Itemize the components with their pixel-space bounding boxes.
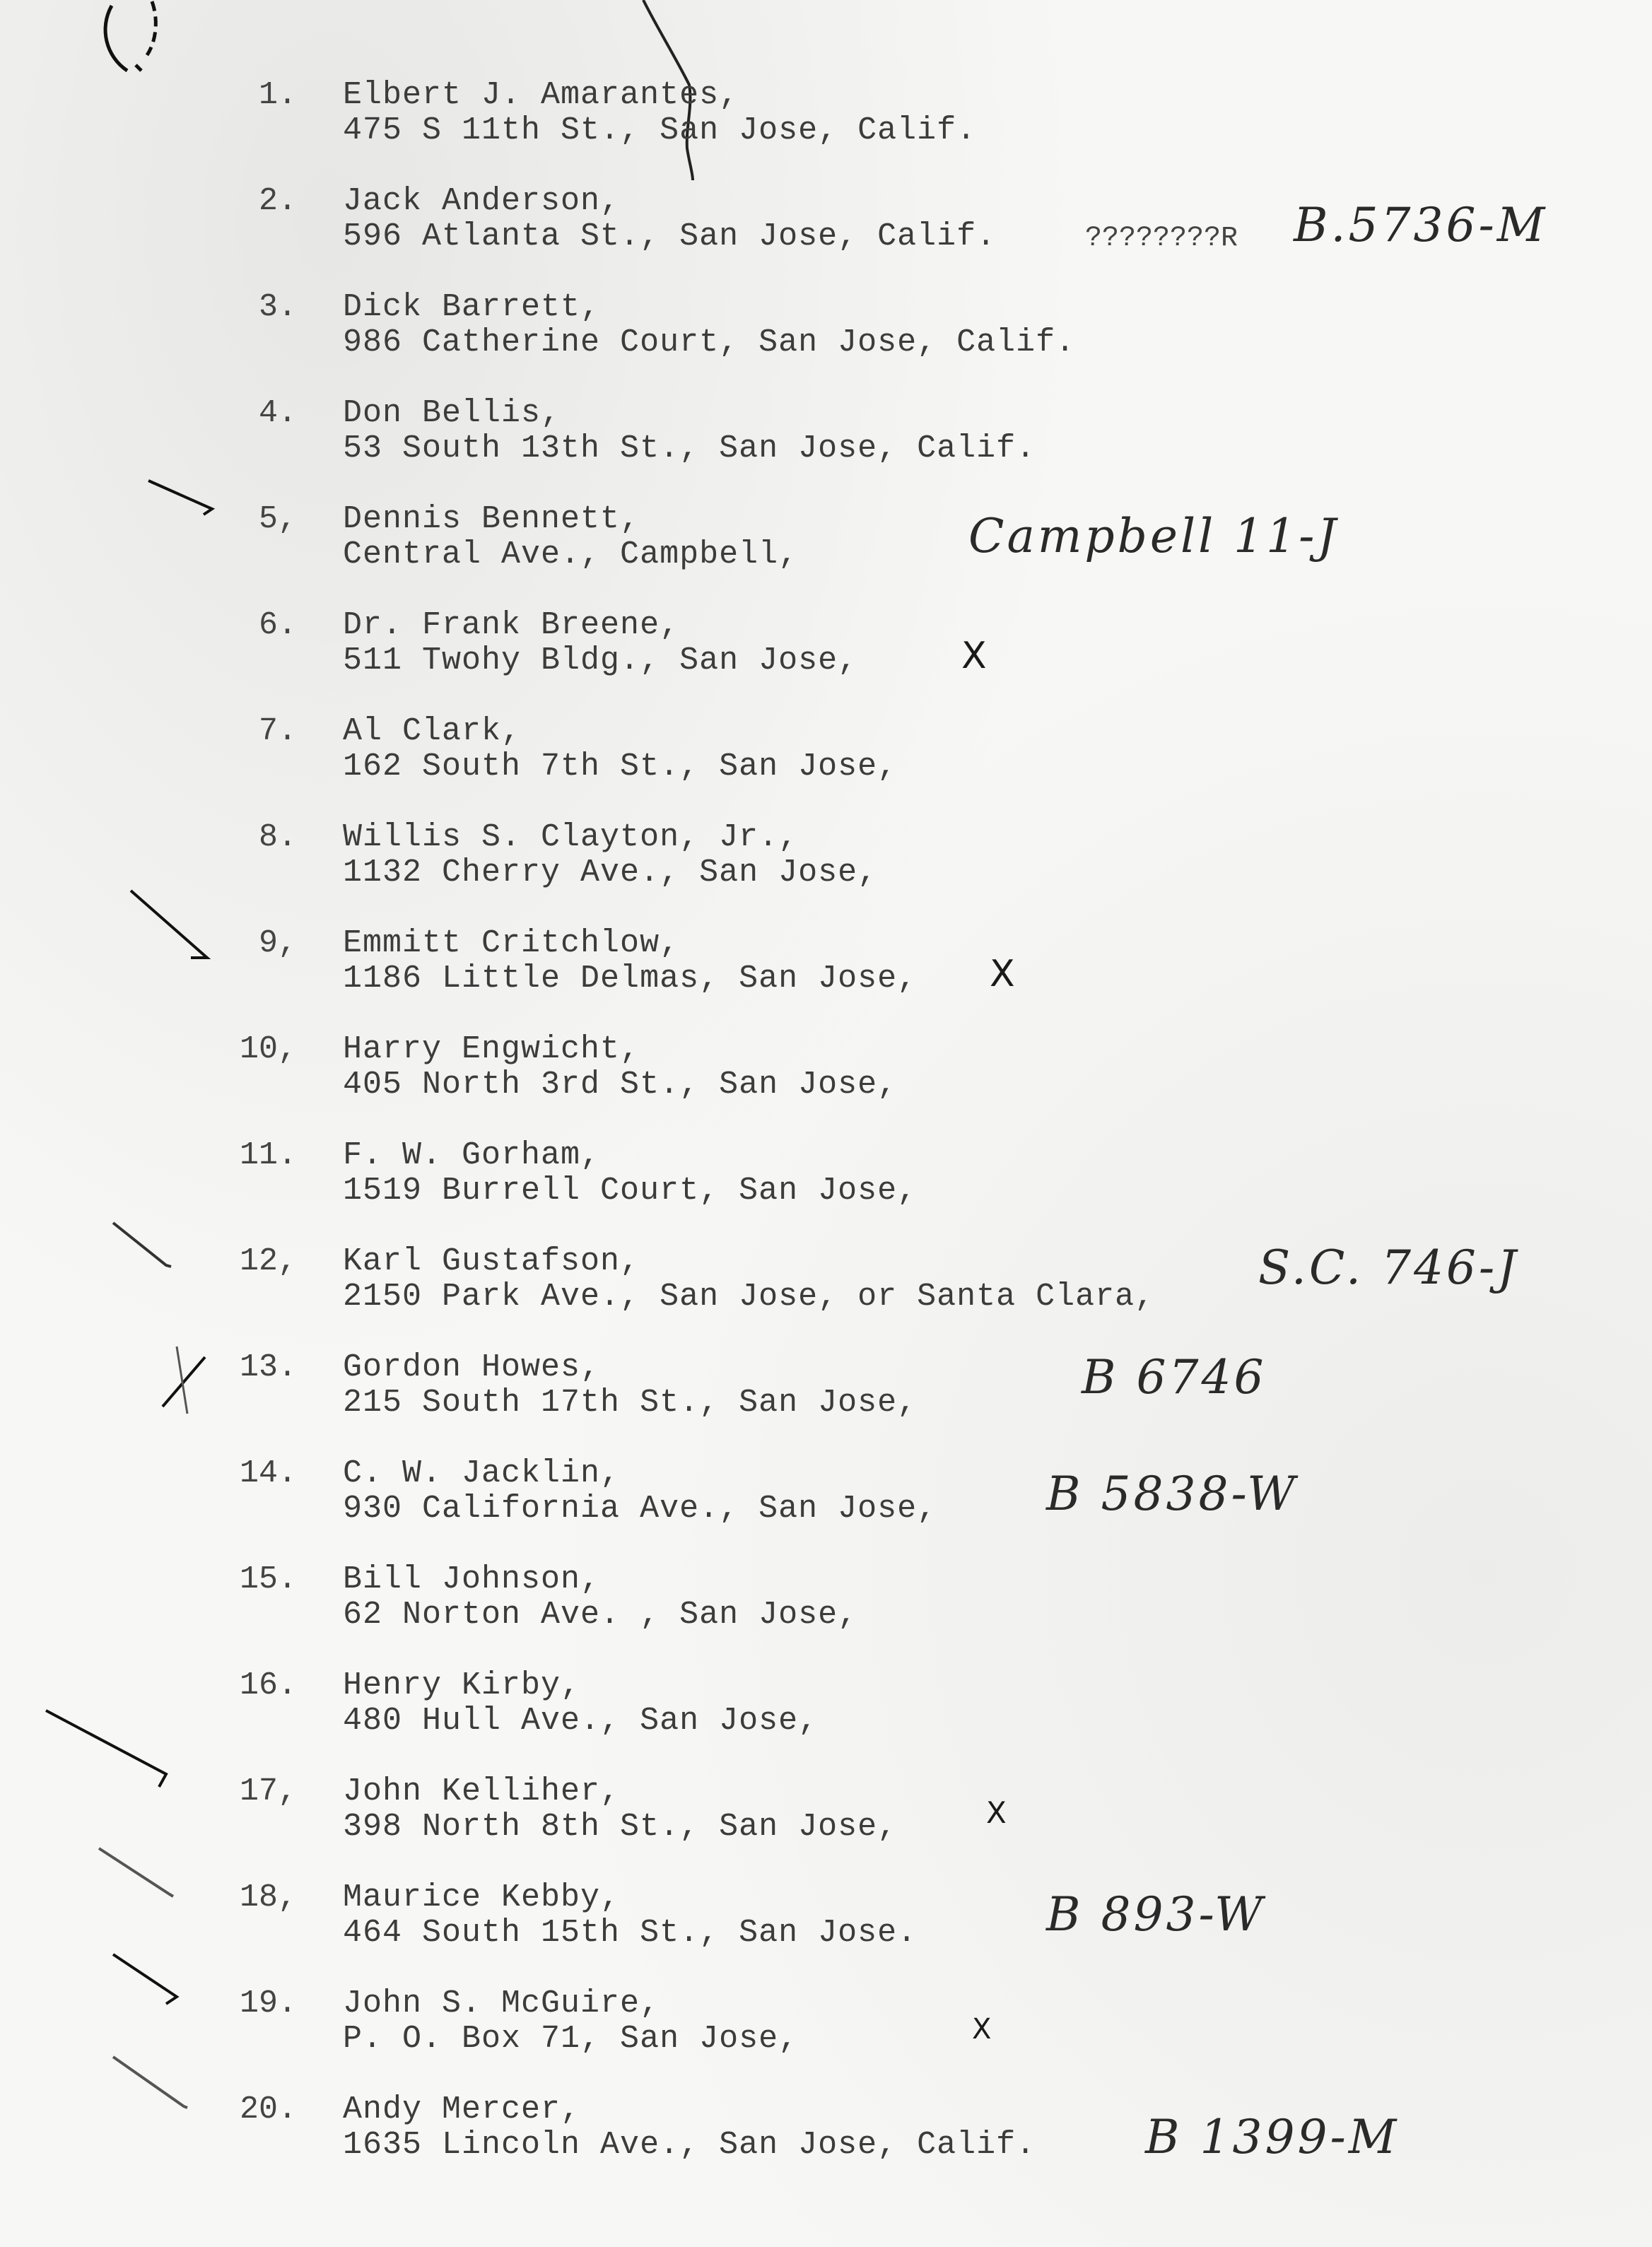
- x-mark-icon: [156, 1343, 219, 1421]
- entry-name: Harry Engwicht,: [343, 1032, 640, 1067]
- entry-number: 9,: [233, 926, 297, 961]
- check-mark-icon: [106, 1216, 191, 1279]
- entry-number: 15.: [233, 1562, 297, 1597]
- x-mark-icon: X: [972, 2013, 991, 2046]
- entry-number: 7.: [233, 714, 297, 749]
- entry-number: 20.: [233, 2092, 297, 2128]
- entry-address: 596 Atlanta St., San Jose, Calif.: [343, 219, 996, 254]
- entry-number: 17,: [233, 1774, 297, 1809]
- handwritten-phone-note: B 5838-W: [1046, 1467, 1298, 1521]
- entry-name: C. W. Jacklin,: [343, 1456, 620, 1491]
- entry-number: 3.: [233, 290, 297, 325]
- list-item: 13. Gordon Howes, 215 South 17th St., Sa…: [0, 1350, 1652, 1435]
- x-mark-icon: X: [961, 635, 987, 677]
- list-item: 19. John S. McGuire, P. O. Box 71, San J…: [0, 1986, 1652, 2071]
- check-mark-icon: [39, 1703, 180, 1802]
- entry-address: Central Ave., Campbell,: [343, 537, 798, 573]
- entry-name: Maurice Kebby,: [343, 1880, 620, 1915]
- list-item: 10, Harry Engwicht, 405 North 3rd St., S…: [0, 1032, 1652, 1117]
- list-item: 11. F. W. Gorham, 1519 Burrell Court, Sa…: [0, 1138, 1652, 1223]
- entry-address: 1635 Lincoln Ave., San Jose, Calif.: [343, 2128, 1036, 2163]
- list-item: 20. Andy Mercer, 1635 Lincoln Ave., San …: [0, 2092, 1652, 2177]
- entry-address: 405 North 3rd St., San Jose,: [343, 1067, 897, 1103]
- entry-address: 511 Twohy Bldg., San Jose,: [343, 643, 857, 679]
- handwritten-phone-note: S.C. 746-J: [1258, 1240, 1519, 1295]
- list-item: 16. Henry Kirby, 480 Hull Ave., San Jose…: [0, 1668, 1652, 1753]
- check-mark-icon: [124, 884, 223, 968]
- list-item: 5, Dennis Bennett, Central Ave., Campbel…: [0, 502, 1652, 587]
- list-item: 12, Karl Gustafson, 2150 Park Ave., San …: [0, 1244, 1652, 1329]
- list-item: 7. Al Clark, 162 South 7th St., San Jose…: [0, 714, 1652, 799]
- handwritten-phone-note: B.5736-M: [1294, 198, 1547, 252]
- entry-number: 18,: [233, 1880, 297, 1915]
- handwritten-phone-note: B 6746: [1082, 1350, 1266, 1404]
- entry-name: Andy Mercer,: [343, 2092, 580, 2128]
- entry-address: 464 South 15th St., San Jose.: [343, 1915, 917, 1951]
- entry-number: 1.: [233, 78, 297, 113]
- entry-number: 5,: [233, 502, 297, 537]
- list-item: 15. Bill Johnson, 62 Norton Ave. , San J…: [0, 1562, 1652, 1647]
- entry-name: John Kelliher,: [343, 1774, 620, 1809]
- x-mark-icon: X: [990, 953, 1015, 995]
- entry-name: Willis S. Clayton, Jr.,: [343, 820, 798, 855]
- entry-number: 19.: [233, 1986, 297, 2022]
- entry-address: 480 Hull Ave., San Jose,: [343, 1703, 818, 1739]
- document-page: 1. Elbert J. Amarantes, 475 S 11th St., …: [0, 0, 1652, 2247]
- punch-hole-mark: [92, 0, 219, 78]
- list-item: 1. Elbert J. Amarantes, 475 S 11th St., …: [0, 78, 1652, 163]
- entry-address: 1132 Cherry Ave., San Jose,: [343, 855, 877, 891]
- entry-name: Jack Anderson,: [343, 184, 620, 219]
- check-mark-icon: [106, 2050, 205, 2120]
- entry-address: 2150 Park Ave., San Jose, or Santa Clara…: [343, 1279, 1154, 1315]
- entry-name: Don Bellis,: [343, 396, 561, 431]
- entry-address: 162 South 7th St., San Jose,: [343, 749, 897, 785]
- entry-name: Henry Kirby,: [343, 1668, 580, 1703]
- list-item: 18, Maurice Kebby, 464 South 15th St., S…: [0, 1880, 1652, 1965]
- entry-number: 13.: [233, 1350, 297, 1385]
- list-item: 3. Dick Barrett, 986 Catherine Court, Sa…: [0, 290, 1652, 375]
- entry-number: 14.: [233, 1456, 297, 1491]
- entry-name: Karl Gustafson,: [343, 1244, 640, 1279]
- list-item: 2. Jack Anderson, 596 Atlanta St., San J…: [0, 184, 1652, 269]
- check-mark-icon: [141, 474, 226, 530]
- entry-name: Dick Barrett,: [343, 290, 600, 325]
- list-item: 6. Dr. Frank Breene, 511 Twohy Bldg., Sa…: [0, 608, 1652, 693]
- entry-name: Al Clark,: [343, 714, 521, 749]
- entry-address: 215 South 17th St., San Jose,: [343, 1385, 917, 1421]
- entry-address: 1186 Little Delmas, San Jose,: [343, 961, 917, 997]
- list-item: 14. C. W. Jacklin, 930 California Ave., …: [0, 1456, 1652, 1541]
- entry-number: 6.: [233, 608, 297, 643]
- entry-name: Emmitt Critchlow,: [343, 926, 679, 961]
- typed-question-marks: ????????R: [1085, 223, 1238, 254]
- entry-address: 930 California Ave., San Jose,: [343, 1491, 937, 1527]
- list-item: 4. Don Bellis, 53 South 13th St., San Jo…: [0, 396, 1652, 481]
- entry-address: 62 Norton Ave. , San Jose,: [343, 1597, 857, 1633]
- entry-address: 53 South 13th St., San Jose, Calif.: [343, 431, 1036, 467]
- entry-name: Bill Johnson,: [343, 1562, 600, 1597]
- check-mark-icon: [106, 1947, 205, 2011]
- handwritten-phone-note: B 1399-M: [1145, 2110, 1399, 2164]
- entry-name: Dr. Frank Breene,: [343, 608, 679, 643]
- entry-address: 986 Catherine Court, San Jose, Calif.: [343, 325, 1075, 360]
- entry-name: Dennis Bennett,: [343, 502, 640, 537]
- entry-number: 12,: [233, 1244, 297, 1279]
- entry-address: 1519 Burrell Court, San Jose,: [343, 1173, 917, 1209]
- list-item: 9, Emmitt Critchlow, 1186 Little Delmas,…: [0, 926, 1652, 1011]
- entry-number: 16.: [233, 1668, 297, 1703]
- handwritten-phone-note: Campbell 11-J: [968, 509, 1339, 563]
- entry-number: 11.: [233, 1138, 297, 1173]
- handwritten-phone-note: B 893-W: [1046, 1887, 1265, 1942]
- entry-number: 2.: [233, 184, 297, 219]
- entry-name: John S. McGuire,: [343, 1986, 660, 2022]
- check-mark-icon: [92, 1841, 191, 1905]
- entry-number: 8.: [233, 820, 297, 855]
- entry-number: 10,: [233, 1032, 297, 1067]
- list-item: 8. Willis S. Clayton, Jr., 1132 Cherry A…: [0, 820, 1652, 905]
- entry-name: F. W. Gorham,: [343, 1138, 600, 1173]
- entry-name: Gordon Howes,: [343, 1350, 600, 1385]
- x-mark-icon: X: [986, 1795, 1007, 1830]
- entry-address: 475 S 11th St., San Jose, Calif.: [343, 113, 976, 148]
- entry-address: P. O. Box 71, San Jose,: [343, 2022, 798, 2057]
- entry-number: 4.: [233, 396, 297, 431]
- entry-name: Elbert J. Amarantes,: [343, 78, 739, 113]
- list-item: 17, John Kelliher, 398 North 8th St., Sa…: [0, 1774, 1652, 1859]
- entry-address: 398 North 8th St., San Jose,: [343, 1809, 897, 1845]
